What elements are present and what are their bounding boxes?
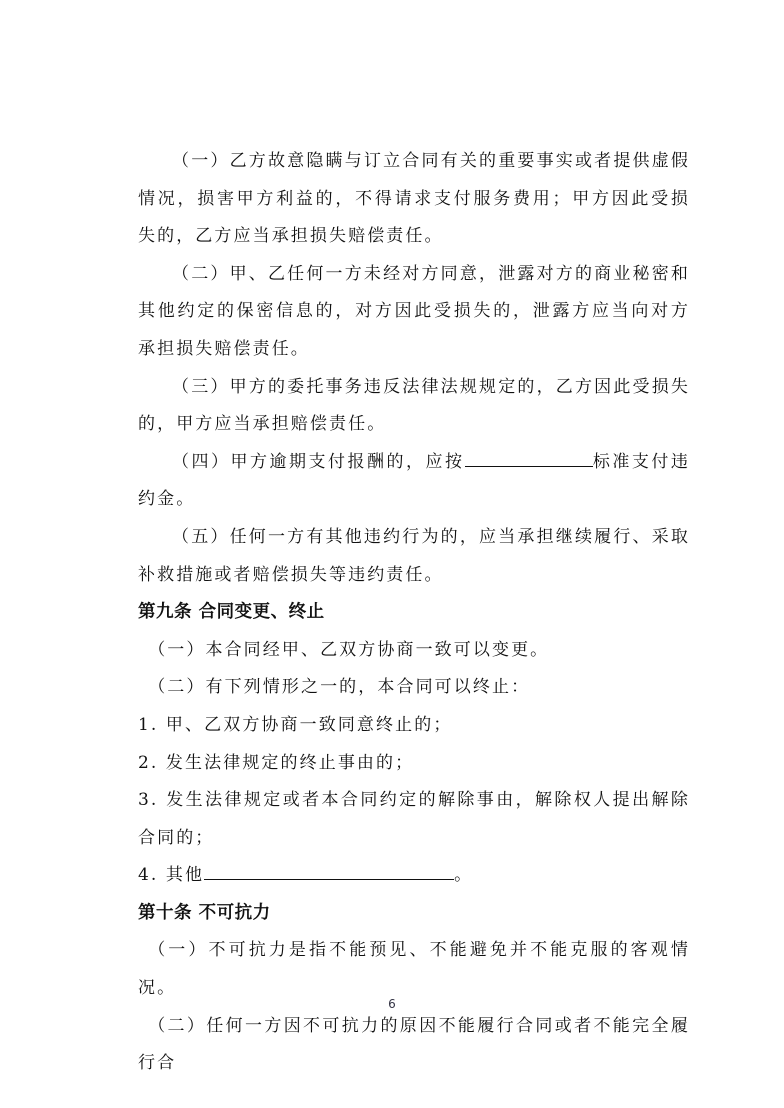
termination-item-4-after: 。 bbox=[454, 865, 473, 885]
penalty-standard-blank[interactable] bbox=[465, 448, 593, 467]
clause-8-4: （四）甲方逾期支付报酬的，应按标准支付违约金。 bbox=[138, 444, 690, 519]
other-termination-blank[interactable] bbox=[204, 861, 454, 880]
article-10-heading: 第十条 不可抗力 bbox=[138, 895, 690, 933]
termination-item-4-before: 4. 其他 bbox=[138, 865, 204, 885]
termination-item-2: 2. 发生法律规定的终止事由的； bbox=[138, 745, 690, 783]
clause-8-4-before: （四）甲方逾期支付报酬的，应按 bbox=[172, 452, 465, 472]
document-body: （一）乙方故意隐瞒与订立合同有关的重要事实或者提供虚假情况，损害甲方利益的，不得… bbox=[138, 143, 690, 1083]
clause-9-2: （二）有下列情形之一的，本合同可以终止： bbox=[138, 669, 690, 707]
clause-9-1: （一）本合同经甲、乙双方协商一致可以变更。 bbox=[138, 632, 690, 670]
document-page: （一）乙方故意隐瞒与订立合同有关的重要事实或者提供虚假情况，损害甲方利益的，不得… bbox=[0, 0, 784, 1108]
clause-8-3: （三）甲方的委托事务违反法律法规规定的，乙方因此受损失的，甲方应当承担赔偿责任。 bbox=[138, 369, 690, 444]
termination-item-3: 3. 发生法律规定或者本合同约定的解除事由，解除权人提出解除合同的； bbox=[138, 782, 690, 857]
termination-item-4: 4. 其他。 bbox=[138, 857, 690, 895]
termination-item-1: 1. 甲、乙双方协商一致同意终止的； bbox=[138, 707, 690, 745]
page-number: 6 bbox=[0, 997, 784, 1011]
clause-8-5: （五）任何一方有其他违约行为的，应当承担继续履行、采取补救措施或者赔偿损失等违约… bbox=[138, 519, 690, 594]
clause-8-2: （二）甲、乙任何一方未经对方同意，泄露对方的商业秘密和其他约定的保密信息的，对方… bbox=[138, 256, 690, 369]
clause-10-2: （二）任何一方因不可抗力的原因不能履行合同或者不能完全履行合 bbox=[138, 1008, 690, 1083]
article-9-heading: 第九条 合同变更、终止 bbox=[138, 594, 690, 632]
clause-8-1: （一）乙方故意隐瞒与订立合同有关的重要事实或者提供虚假情况，损害甲方利益的，不得… bbox=[138, 143, 690, 256]
